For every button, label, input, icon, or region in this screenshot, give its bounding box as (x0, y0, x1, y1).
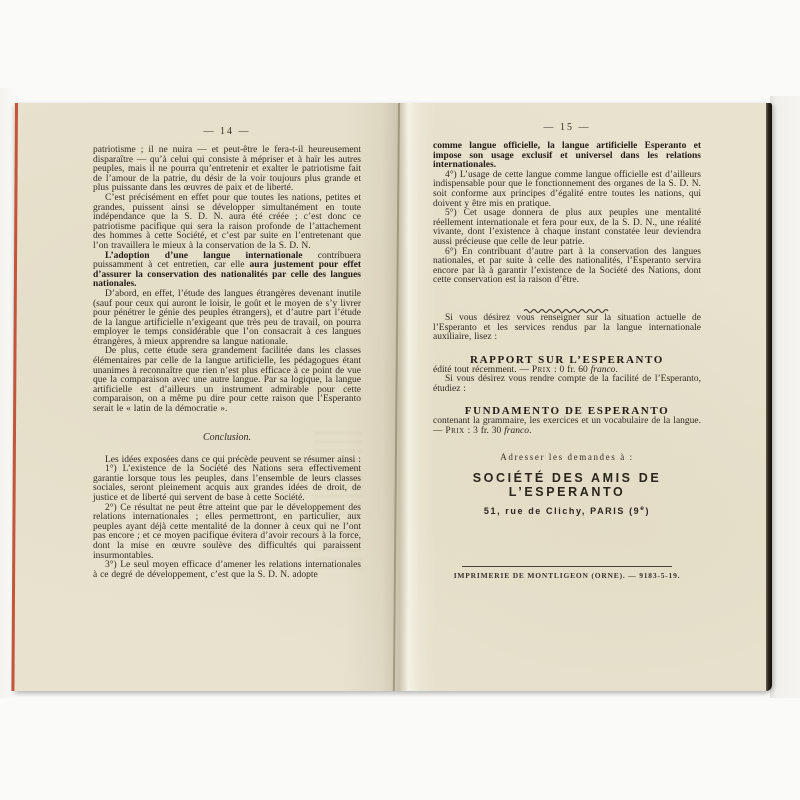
ad-desc-fundamento: contenant la grammaire, les exercices et… (433, 417, 701, 436)
scanned-booklet-photo: — 14 — patriotisme ; il ne nuira — et pe… (0, 0, 800, 800)
list-item-4: 4°) L’usage de cette langue comme langue… (433, 171, 701, 209)
paragraph-adoption-langue: L’adoption d’une langue internationale c… (93, 252, 361, 290)
open-booklet-spread: — 14 — patriotisme ; il ne nuira — et pe… (14, 103, 772, 691)
imprint-rule (462, 566, 672, 567)
order-label: Adresser les demandes à : (433, 452, 701, 462)
page-number-14: — 14 — (93, 127, 361, 137)
list-item-3: 3°) Le seul moyen efficace d’amener les … (93, 561, 361, 580)
list-item-1: 1°) L’existence de la Société des Nation… (93, 465, 361, 503)
list-item-2: 2°) Ce résultat ne peut être atteint que… (93, 504, 361, 562)
ad-intro-fundamento: Si vous désirez vous rendre compte de la… (433, 375, 701, 394)
paragraph: patriotisme ; il ne nuira — et peut-être… (93, 146, 361, 194)
page-number-15: — 15 — (433, 123, 701, 133)
society-address: 51, rue de Clichy, PARIS (9e) (433, 506, 701, 516)
paragraph-langue-officielle: comme langue officielle, la langue artif… (433, 142, 701, 171)
dark-right-page-edge (766, 103, 772, 691)
conclusion-heading: Conclusion. (93, 432, 361, 443)
list-item-6: 6°) En contribuant d’autre part à la con… (433, 248, 701, 286)
list-item-5: 5°) Cet usage donnera de plus aux peuple… (433, 209, 701, 247)
page-15: — 15 — comme langue officielle, la langu… (433, 123, 701, 580)
printer-imprint: IMPRIMERIE DE MONTLIGEON (ORNE). — 9183-… (433, 571, 701, 580)
paragraph: D’abord, en effet, l’étude des langues é… (93, 290, 361, 348)
society-name: SOCIÉTÉ DES AMIS DE L’ESPERANTO (433, 471, 701, 499)
paragraph: De plus, cette étude sera grandement fac… (93, 347, 361, 414)
paragraph: C’est précisément en effet pour que tout… (93, 194, 361, 252)
page-14: — 14 — patriotisme ; il ne nuira — et pe… (93, 127, 361, 580)
scanner-bed-right-strip (770, 96, 800, 698)
ad-intro-rapport: Si vous désirez vous renseigner sur la s… (433, 314, 701, 343)
